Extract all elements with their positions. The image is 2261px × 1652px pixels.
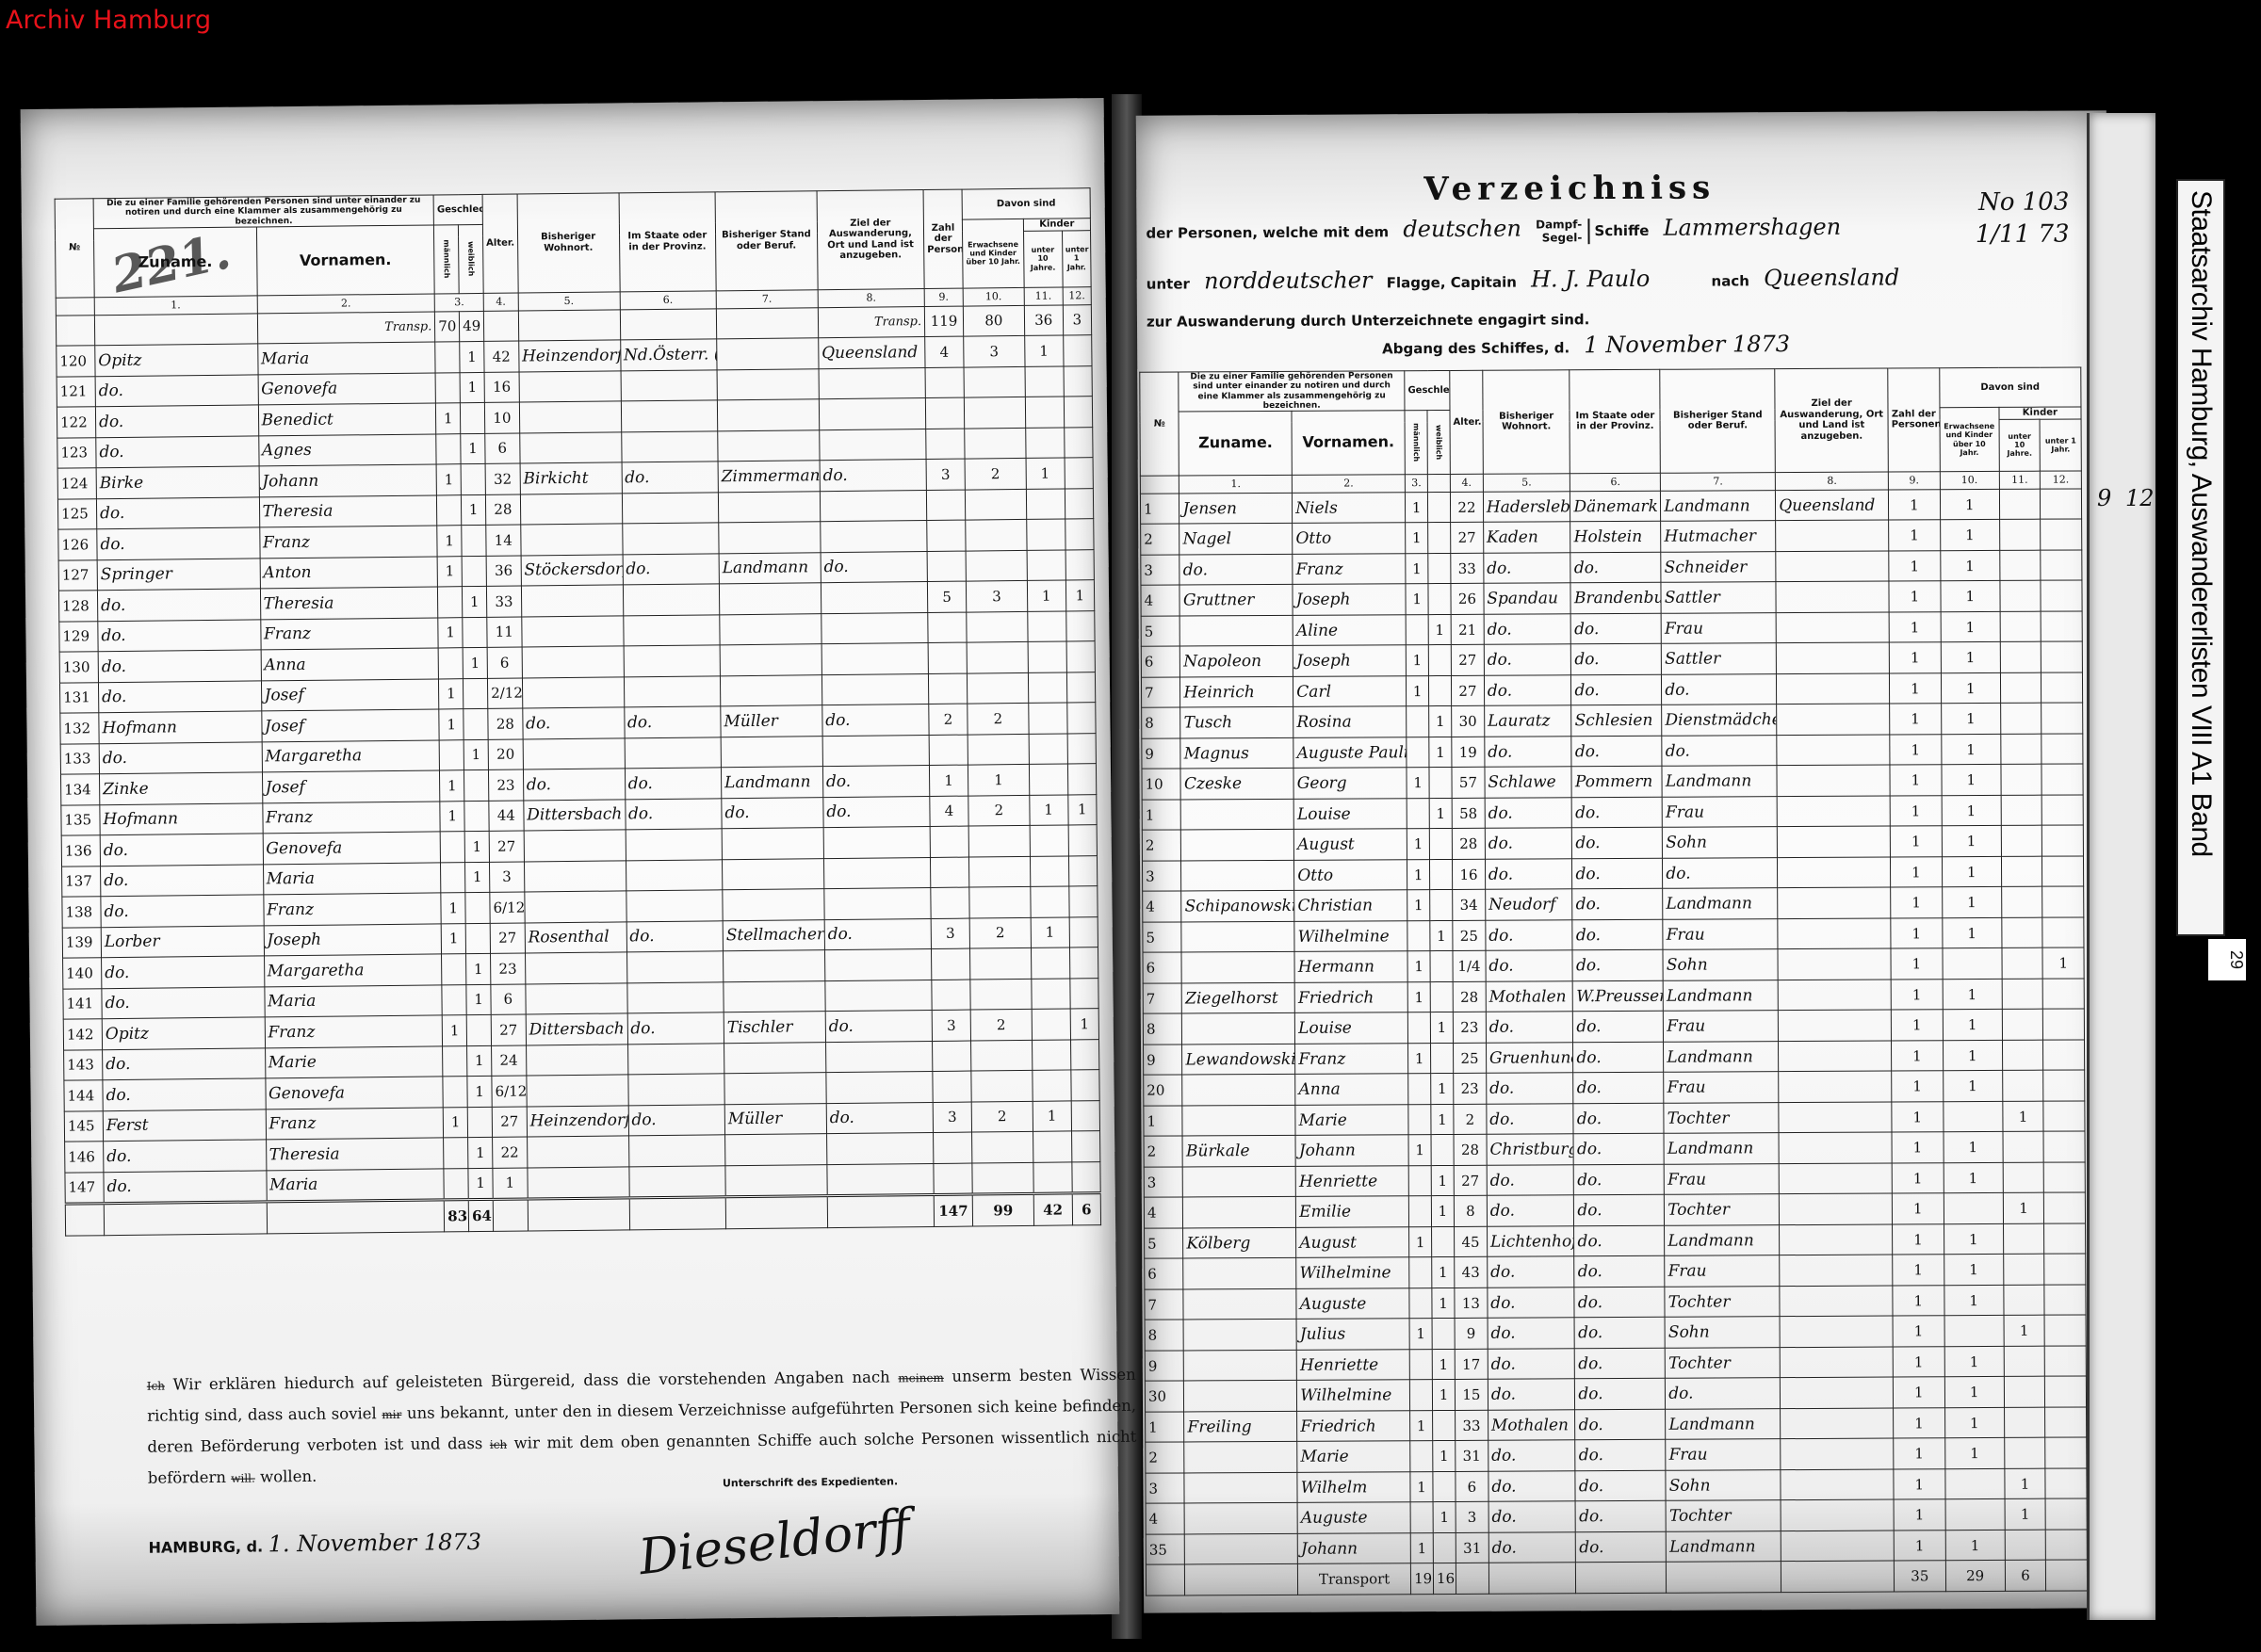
cell-age: 23 [1453, 1012, 1486, 1044]
cell-f [464, 769, 489, 801]
empty-cell [528, 1198, 629, 1231]
cell-f: 1 [1432, 1288, 1455, 1319]
cell-no: 137 [62, 866, 101, 897]
cell-destination [825, 1041, 933, 1073]
cell-state: do. [1575, 1440, 1666, 1471]
empty-cell [1185, 1564, 1298, 1595]
col-wohnort: Bisheriger Wohnort. [1483, 370, 1570, 474]
header-line-3: zur Auswanderung durch Unterzeichnete en… [1147, 311, 1589, 330]
cell-f [465, 923, 490, 954]
cell-m: 1 [441, 923, 465, 954]
cell-state: do. [1573, 1012, 1664, 1043]
cell-no: 146 [65, 1142, 104, 1173]
cell-destination: do. [822, 705, 930, 737]
table-row: 1Louise158do.do.Frau11 [1142, 795, 2083, 831]
table-row: 35Johann131do.do.Landmann11 [1146, 1530, 2087, 1565]
transport-cell: Transport [1298, 1563, 1411, 1595]
cell-given: Genovefa [263, 832, 441, 864]
cell-state [626, 981, 724, 1013]
cell-occupation: Tochter [1665, 1287, 1780, 1318]
cell-m: 1 [1409, 1226, 1432, 1257]
cell-m [1410, 1441, 1433, 1472]
cell-persons [933, 1071, 971, 1102]
cell-persons [934, 1163, 972, 1195]
cell-persons: 1 [1893, 1347, 1944, 1378]
cell-residence: do. [1488, 1318, 1575, 1349]
cell-under1: 1 [1070, 1009, 1099, 1040]
col-alter: Alter. [482, 194, 518, 293]
cell-state: Brandenburg [1570, 583, 1661, 614]
cell-m [1408, 1165, 1431, 1196]
cell-age: 6 [491, 984, 526, 1015]
cell-f: 1 [467, 1076, 492, 1107]
cell-state: Dänemark [1570, 491, 1661, 522]
cell-surname: Kölberg [1183, 1227, 1296, 1258]
cell-surname [1185, 1533, 1298, 1564]
cell-residence: do. [523, 769, 625, 801]
cell-under10 [1033, 1070, 1071, 1101]
cell-adults: 3 [966, 580, 1027, 611]
cell-adults: 1 [1944, 1285, 2003, 1316]
cell-residence: Rosenthal [525, 921, 626, 953]
cell-no: 130 [59, 652, 98, 683]
cell-f [1430, 981, 1453, 1012]
cell-no: 1 [1146, 1412, 1185, 1443]
cell-occupation: Frau [1665, 1255, 1780, 1287]
cell-under1 [2043, 1009, 2085, 1040]
cell-no: 122 [57, 407, 95, 438]
cell-no: 132 [60, 713, 99, 744]
cell-surname: do. [100, 864, 263, 896]
cell-under10: 1 [1033, 1100, 1071, 1131]
cell-occupation: Sattler [1661, 582, 1776, 613]
cell-under1 [1068, 855, 1098, 886]
cell-occupation: Sohn [1665, 1317, 1780, 1348]
cell-destination [1777, 673, 1890, 705]
cell-residence: do. [1484, 553, 1571, 584]
cell-occupation [725, 1164, 827, 1197]
cell-f: 1 [1431, 1104, 1454, 1135]
cell-m: 1 [440, 770, 464, 802]
cell-residence [521, 585, 623, 617]
cell-under1 [2043, 1101, 2085, 1132]
cell-surname: do. [101, 895, 264, 927]
cell-occupation: Zimmermann [718, 461, 820, 493]
cell-age: 19 [1452, 737, 1485, 768]
cell-given: Johann [1295, 1135, 1408, 1166]
cell-state: do. [623, 553, 720, 585]
cell-adults [969, 886, 1031, 917]
cell-f [1429, 859, 1452, 890]
cell-age: 44 [489, 801, 524, 832]
cell-occupation [725, 1134, 827, 1166]
cell-given: Franz [263, 893, 441, 925]
cell-given: Henriette [1295, 1166, 1408, 1197]
cell-state: do. [1574, 1164, 1665, 1195]
transport-cell: 35 [1895, 1561, 1946, 1592]
cell-persons: 3 [931, 918, 969, 949]
cell-f: 1 [1429, 798, 1452, 829]
declaration-word: wir [514, 1433, 540, 1451]
cell-destination [1780, 1347, 1893, 1378]
cell-persons: 1 [1894, 1438, 1945, 1469]
cell-no: 133 [60, 743, 99, 774]
cell-given: Wilhelm [1297, 1472, 1410, 1503]
cell-under10: 1 [2003, 1101, 2044, 1132]
colnum: 9. [924, 288, 963, 306]
header-line-2: unter norddeutscher Flagge, Capitain H. … [1147, 264, 1910, 294]
cell-age: 31 [1456, 1532, 1488, 1563]
cell-no: 7 [1143, 983, 1182, 1014]
cell-surname [1184, 1350, 1297, 1381]
table-row: 6Wilhelmine143do.do.Frau11 [1145, 1254, 2086, 1289]
cell-under1 [2042, 979, 2084, 1010]
family-note: Die zu einer Familie gehörenden Personen… [93, 195, 434, 229]
cell-m: 1 [1408, 1135, 1431, 1166]
cell-m: 1 [1406, 492, 1428, 523]
cell-given: Theresia [259, 494, 437, 526]
cell-f: 1 [460, 372, 484, 403]
cell-residence [519, 370, 621, 402]
cell-given: Maria [266, 1168, 444, 1201]
cell-no: 1 [1142, 800, 1181, 831]
table-row: 3Otto116do.do.do.11 [1142, 856, 2083, 892]
cell-age: 31 [1456, 1441, 1488, 1472]
cell-destination [1781, 1438, 1894, 1469]
cell-persons: 1 [1890, 704, 1942, 735]
cell-f: 1 [468, 1137, 493, 1168]
cell-surname: Czeske [1180, 769, 1293, 800]
cell-persons: 1 [1889, 490, 1941, 521]
cell-surname: do. [95, 405, 258, 437]
cell-persons: 1 [929, 765, 968, 796]
cell-persons [932, 980, 970, 1011]
cell-residence: Christburg [1487, 1134, 1574, 1165]
cell-age: 21 [1451, 614, 1484, 645]
cell-surname: Zinke [99, 772, 262, 804]
cell-under10 [2004, 1438, 2045, 1469]
cell-f [464, 801, 489, 832]
cell-state: do. [1572, 858, 1663, 889]
cell-surname: do. [1179, 554, 1293, 585]
cell-m [436, 433, 461, 464]
total-cell: 83 [445, 1200, 469, 1232]
cell-surname: Bürkale [1182, 1136, 1295, 1167]
cell-destination [1777, 642, 1890, 673]
cell-residence: do. [1488, 1379, 1575, 1410]
cell-persons: 1 [1891, 857, 1943, 888]
cell-residence: do. [1485, 828, 1572, 859]
cell-f: 1 [1431, 1196, 1454, 1227]
cell-no: 141 [63, 988, 102, 1019]
cell-age: 11 [487, 617, 522, 648]
cell-residence: Heinzendorf [527, 1105, 628, 1137]
cell-occupation: Dienstmädchen [1662, 705, 1777, 736]
cell-surname [1181, 921, 1294, 952]
cell-age: 16 [1452, 859, 1485, 890]
cell-occupation: do. [722, 797, 823, 829]
cell-under10 [1031, 947, 1069, 979]
cell-age: 28 [1452, 829, 1485, 860]
cell-occupation: Frau [1662, 797, 1777, 828]
cell-under1 [2043, 1131, 2085, 1162]
cell-destination [1781, 1377, 1894, 1408]
next-page-edge: 9 12 [2087, 113, 2155, 1620]
cell-state: do. [1573, 1134, 1664, 1165]
cell-f: 1 [466, 984, 491, 1015]
cell-surname: do. [96, 435, 259, 467]
cell-surname: do. [103, 1078, 266, 1110]
empty-cell [1488, 1563, 1576, 1594]
transport-cell: 16 [1433, 1563, 1456, 1595]
cell-persons: 1 [1894, 1531, 1945, 1562]
transport-female: 49 [460, 311, 484, 342]
cell-under1 [2045, 1468, 2087, 1499]
cell-adults [968, 856, 1030, 887]
cell-occupation: Müller [721, 705, 822, 737]
cell-residence [524, 830, 626, 862]
table-row: 3Wilhelm16do.do.Sohn11 [1146, 1468, 2087, 1504]
table-row: 3Henriette127do.do.Frau11 [1144, 1162, 2085, 1198]
cell-given: Maria [257, 342, 435, 374]
cell-age: 28 [1453, 981, 1486, 1012]
cell-adults [972, 1131, 1033, 1162]
cell-residence: do. [1488, 1471, 1576, 1502]
cell-under10 [1026, 519, 1065, 550]
cell-destination [821, 612, 929, 644]
cell-residence: Mothalen [1486, 981, 1573, 1012]
cell-residence: do. [522, 707, 624, 739]
cell-residence [526, 982, 627, 1014]
cell-adults: 2 [965, 458, 1026, 489]
cell-age: 1 [493, 1168, 528, 1200]
cell-state: do. [625, 798, 722, 830]
cell-given: Carl [1293, 676, 1407, 707]
cell-adults: 1 [1942, 826, 2001, 857]
cell-state: do. [1573, 1042, 1664, 1073]
cell-persons: 3 [926, 459, 965, 490]
cell-given: Joseph [1293, 584, 1406, 615]
cell-given: Margaretha [262, 739, 440, 771]
cell-no: 135 [61, 804, 100, 835]
cell-residence: Kaden [1483, 522, 1570, 553]
cell-under10 [1033, 1161, 1072, 1193]
cell-under1 [1063, 335, 1092, 366]
cell-persons [931, 857, 969, 888]
cell-destination [1779, 1102, 1892, 1133]
place-date: HAMBURG, d. 1. November 1873 [148, 1529, 481, 1559]
cell-under10 [2001, 856, 2042, 887]
cell-adults: 1 [1942, 795, 2001, 826]
col-unter10: unter 10 Jahre. [1023, 231, 1063, 287]
cell-no: 143 [64, 1049, 103, 1080]
cell-f: 1 [1433, 1502, 1456, 1533]
cell-adults [964, 366, 1025, 397]
cell-adults [1944, 1316, 2004, 1347]
cell-adults: 1 [1942, 887, 2001, 918]
cell-age: 20 [488, 739, 523, 770]
cell-under10 [1032, 1039, 1070, 1070]
cell-m: 1 [437, 526, 462, 557]
cell-under10 [2003, 1255, 2044, 1286]
cell-f: 1 [1432, 1380, 1455, 1411]
cell-given: Johann [1297, 1533, 1410, 1564]
cell-occupation: Frau [1664, 1072, 1779, 1103]
cell-given: Hermann [1294, 951, 1407, 982]
cell-residence [527, 1075, 628, 1107]
cell-occupation: Sohn [1663, 827, 1778, 858]
cell-m [440, 832, 464, 863]
cell-f: 1 [463, 586, 487, 617]
cell-occupation: Hutmacher [1661, 521, 1776, 552]
cell-surname: Magnus [1180, 737, 1293, 769]
cell-persons [928, 642, 967, 673]
cell-age: 10 [484, 402, 519, 433]
cell-under10 [2000, 642, 2041, 673]
cell-given: August [1296, 1227, 1409, 1258]
cell-under10: 1 [1030, 794, 1068, 825]
colnum: 8. [1776, 472, 1889, 491]
cell-under1 [2041, 611, 2082, 642]
cell-destination [1778, 826, 1891, 857]
cell-age: 25 [1453, 920, 1486, 951]
cell-surname: do. [98, 619, 261, 651]
cell-age: 24 [492, 1045, 527, 1077]
register-table-left: № Die zu einer Familie gehörenden Person… [55, 187, 1101, 1236]
empty-cell [725, 1196, 827, 1229]
cell-state: Holstein [1570, 522, 1661, 553]
cell-occupation: Landmann [1664, 1133, 1779, 1164]
cell-f: 1 [1428, 614, 1451, 645]
cell-surname [1184, 1503, 1297, 1534]
cell-under1 [2044, 1254, 2086, 1285]
declaration-word: uns [407, 1404, 435, 1422]
total-cell: 147 [934, 1194, 972, 1226]
cell-destination: Queensland [819, 337, 926, 369]
cell-given: Auguste [1296, 1288, 1409, 1320]
cell-f [466, 1014, 491, 1045]
cell-m: 1 [1409, 1319, 1432, 1350]
cell-surname: do. [95, 374, 258, 406]
empty-cell [629, 1197, 726, 1230]
colnum: 4. [1450, 474, 1483, 492]
cell-m: 1 [1407, 768, 1429, 799]
cell-age: 57 [1452, 768, 1485, 799]
cell-given: Friedrich [1294, 982, 1407, 1013]
cell-f [465, 892, 490, 923]
table-row: 5Wilhelmine125do.do.Frau11 [1143, 917, 2084, 953]
cell-state: do. [1575, 1470, 1666, 1501]
colnum [1427, 474, 1450, 492]
cell-occupation: Tochter [1665, 1348, 1780, 1379]
cell-f: 1 [468, 1168, 493, 1200]
cell-persons: 1 [1892, 1193, 1944, 1224]
cell-persons [932, 948, 970, 980]
cell-under10 [2001, 795, 2042, 826]
cell-f [1432, 1319, 1455, 1350]
cell-under10 [2000, 704, 2041, 735]
cell-given: Henriette [1296, 1350, 1409, 1381]
handwritten-departure-date: 1 November 1873 [1574, 331, 1799, 358]
cell-occupation: Landmann [1664, 1042, 1779, 1073]
cell-state [625, 737, 722, 769]
cell-residence [519, 431, 621, 463]
empty-cell [267, 1200, 445, 1233]
cell-surname: Schipanowski [1181, 891, 1294, 922]
cell-under10 [1028, 641, 1066, 672]
cell-no: 140 [63, 958, 102, 989]
cell-occupation [720, 613, 821, 645]
cell-under10 [1999, 520, 2041, 551]
cell-age: 27 [1451, 645, 1484, 676]
transport-label: Transp. [818, 306, 925, 338]
cell-destination [1780, 1316, 1893, 1347]
cell-under1 [2044, 1192, 2086, 1223]
col-geschlecht: Geschlecht [1405, 370, 1450, 411]
colnum: 4. [483, 293, 518, 311]
ref-date: 1/11 73 [1976, 219, 2070, 251]
cell-given: Johann [259, 464, 437, 496]
cell-surname: do. [103, 1047, 266, 1079]
family-note: Die zu einer Familie gehörenden Personen… [1179, 371, 1405, 413]
cell-no: 8 [1143, 1013, 1182, 1045]
text: der Personen, welche mit dem [1146, 223, 1389, 241]
ref-no: No 103 [1976, 186, 2070, 219]
cell-m: 1 [442, 1015, 466, 1046]
cell-age: 36 [486, 556, 521, 587]
cell-no: 124 [57, 468, 96, 499]
cell-occupation [724, 980, 825, 1012]
text: Abgang des Schiffes, d. [1382, 339, 1570, 357]
cell-adults [965, 489, 1026, 520]
cell-occupation [720, 644, 821, 676]
cell-state: Nd.Österr. (Österreich) [620, 339, 717, 371]
cell-no: 3 [1146, 1473, 1185, 1504]
table-row: 4Emilie18do.do.Tochter11 [1144, 1192, 2085, 1228]
colnum: 12. [2041, 471, 2082, 489]
cell-adults: 1 [1944, 1162, 2003, 1193]
cell-no: 7 [1141, 677, 1180, 708]
cell-age: 6/12 [492, 1076, 527, 1107]
cell-f [1428, 553, 1451, 584]
cell-state: do. [1574, 1318, 1665, 1349]
cell-residence: do. [1485, 859, 1572, 890]
cell-adults: 1 [1942, 765, 2001, 796]
cell-state [624, 645, 721, 677]
cell-surname: Napoleon [1180, 646, 1293, 677]
empty-cell [1146, 1564, 1185, 1595]
cell-given: Franz [1293, 554, 1406, 585]
cell-no: 126 [58, 529, 97, 560]
cell-f: 1 [463, 647, 487, 678]
cell-destination [1781, 1499, 1894, 1531]
cell-residence [520, 524, 622, 556]
signature-caption: Unterschrift des Expedienten. [723, 1475, 898, 1489]
cell-adults: 1 [1944, 1346, 2004, 1377]
cell-adults: 1 [1941, 672, 2000, 704]
cell-under1 [1067, 733, 1097, 764]
cell-occupation: Landmann [1666, 1409, 1781, 1440]
cell-persons: 1 [1891, 1010, 1943, 1041]
total-cell: 64 [468, 1199, 493, 1231]
cell-under1 [1065, 549, 1095, 580]
cell-under1 [2043, 1162, 2085, 1193]
cell-adults [1943, 948, 2002, 980]
cell-occupation: Sohn [1663, 949, 1778, 980]
colnum: 10. [963, 287, 1024, 306]
cell-surname [1180, 615, 1293, 646]
ship-type: Dampf-Segel- [1536, 219, 1589, 245]
